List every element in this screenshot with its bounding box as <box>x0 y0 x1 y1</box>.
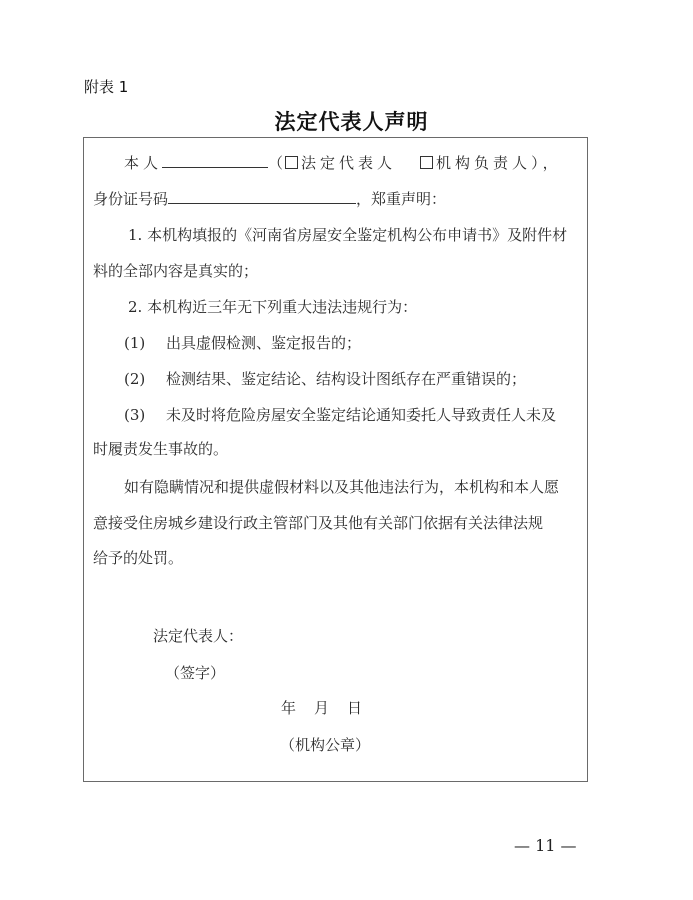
sub-item-3-continuation: 时履责发生事故的。 <box>93 438 228 459</box>
day-label: 日 <box>347 699 362 717</box>
item-2: 2. 本机构近三年无下列重大违法违规行为： <box>128 296 417 317</box>
sign-here-label: （签字） <box>165 662 225 683</box>
org-head-checkbox[interactable] <box>420 156 433 169</box>
sub-item-1: (1)出具虚假检测、鉴定报告的； <box>124 332 361 353</box>
date-line: 年月日 <box>281 697 362 718</box>
sub-item-2-text: 检测结果、鉴定结论、结构设计图纸存在严重错误的； <box>166 370 526 388</box>
paren-close: ）， <box>531 154 562 172</box>
paren-open: （ <box>268 154 283 172</box>
sub-item-3-number: (3) <box>124 406 166 424</box>
item-1-line-2: 料的全部内容是真实的； <box>93 260 258 281</box>
sub-item-1-text: 出具虚假检测、鉴定报告的； <box>166 334 361 352</box>
penalty-line-2: 意接受住房城乡建设行政主管部门及其他有关部门依据有关法律法规 <box>93 512 543 533</box>
legal-rep-option-label: 法定代表人 <box>301 154 396 172</box>
sub-item-3: (3)未及时将危险房屋安全鉴定结论通知委托人导致责任人未及 <box>124 404 556 425</box>
legal-rep-checkbox[interactable] <box>285 156 298 169</box>
appendix-label: 附表 1 <box>84 76 128 97</box>
org-head-option-label: 机构负责人 <box>436 154 531 172</box>
year-label: 年 <box>281 699 296 717</box>
solemn-declaration-label: ，郑重声明： <box>356 190 446 208</box>
page-title: 法定代表人声明 <box>0 106 693 136</box>
month-label: 月 <box>314 699 329 717</box>
legal-rep-signature-label: 法定代表人： <box>153 625 243 646</box>
declarant-label: 本人 <box>124 154 162 172</box>
declarant-line: 本人（法定代表人机构负责人）， <box>124 152 562 173</box>
sub-item-2-number: (2) <box>124 370 166 388</box>
id-number-label: 身份证号码 <box>93 190 168 208</box>
penalty-line-3: 给予的处罚。 <box>93 547 183 568</box>
declarant-name-field[interactable] <box>162 153 268 168</box>
org-seal-label: （机构公章） <box>280 734 370 755</box>
page-number: — 11 — <box>514 836 577 855</box>
id-number-field[interactable] <box>168 189 356 204</box>
item-1-line-1: 1. 本机构填报的《河南省房屋安全鉴定机构公布申请书》及附件材 <box>128 224 567 245</box>
id-number-line: 身份证号码，郑重声明： <box>93 188 446 209</box>
sub-item-2: (2)检测结果、鉴定结论、结构设计图纸存在严重错误的； <box>124 368 526 389</box>
sub-item-1-number: (1) <box>124 334 166 352</box>
penalty-line-1: 如有隐瞒情况和提供虚假材料以及其他违法行为，本机构和本人愿 <box>124 476 559 497</box>
sub-item-3-text: 未及时将危险房屋安全鉴定结论通知委托人导致责任人未及 <box>166 406 556 424</box>
